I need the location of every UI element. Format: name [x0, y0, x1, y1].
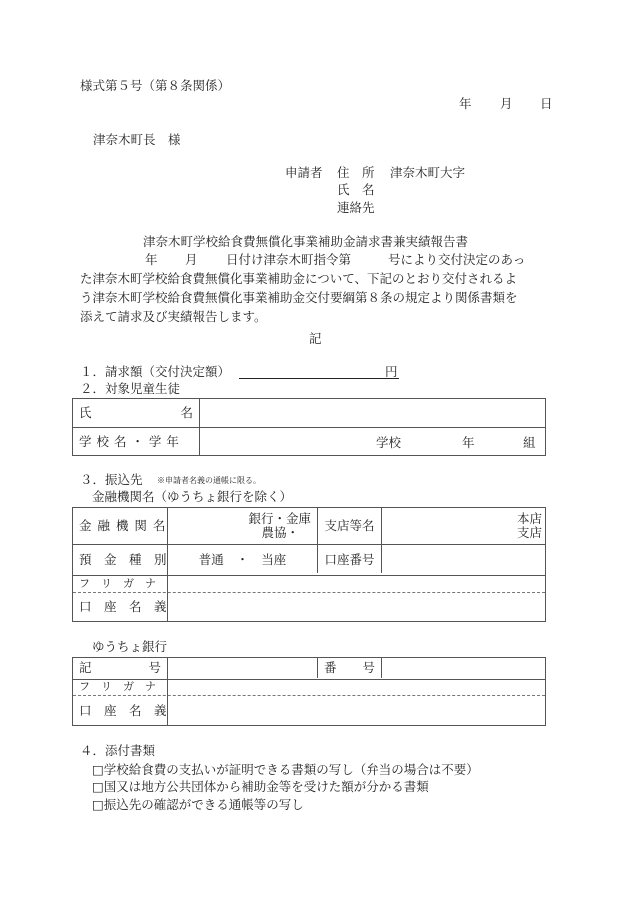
school-grade-label: 学 校 名 ・ 学 年 [79, 428, 199, 456]
yucho-table: 記号 番号 フ リ ガ ナ 口 座 名 義 [72, 657, 546, 726]
school-grade-field[interactable]: 学校 年 組 [200, 428, 546, 456]
date-month-label: 月 [500, 98, 513, 111]
address-value: 津奈木町大字 [390, 167, 465, 180]
attachment-checkbox-2[interactable]: □国又は地方公共団体から補助金等を受けた額が分かる書類 [92, 781, 429, 794]
deposit-type-field[interactable]: 普通 ・ 当座 [168, 545, 317, 575]
attachment-checkbox-3[interactable]: □振込先の確認ができる通帳等の写し [92, 799, 304, 812]
name-label: 氏 名 [337, 184, 375, 197]
document-title: 津奈木町学校給食費無償化事業補助金請求書兼実績報告書 [143, 236, 468, 249]
body-line4: 添えて請求及び実績報告します。 [80, 311, 267, 324]
deposit-type-label: 預 金 種 別 [79, 545, 167, 575]
yucho-account-name-label: 口 座 名 義 [79, 696, 167, 726]
student-name-field[interactable] [200, 399, 546, 427]
symbol-field[interactable] [168, 658, 317, 679]
account-name-field[interactable] [168, 593, 546, 622]
student-table: 氏名 学 校 名 ・ 学 年 学校 年 組 [72, 398, 546, 456]
section2-label: ２．対象児童生徒 [80, 383, 180, 396]
date-day-label: 日 [540, 98, 553, 111]
number-label: 番号 [318, 658, 381, 679]
body-line1-end: 号により交付決定のあっ [388, 254, 525, 267]
furigana-label: フ リ ガ ナ [79, 576, 167, 592]
account-name-label: 口 座 名 義 [79, 593, 167, 622]
year-suffix: 年 [462, 437, 475, 450]
student-name-label: 氏名 [73, 399, 199, 427]
ki-label: 記 [309, 333, 322, 346]
bank-heading: 金融機関名（ゆうちょ銀行を除く） [92, 491, 292, 504]
branch-field[interactable]: 本店 支店 [382, 508, 546, 544]
institution-label: 金 融 機 関 名 [79, 508, 167, 544]
applicant-label: 申請者 [285, 167, 323, 180]
account-number-label: 口座番号 [318, 545, 381, 575]
claim-amount-label: １．請求額（交付決定額） [80, 366, 230, 379]
institution-field[interactable]: 銀行・金庫 農協・ [168, 508, 317, 544]
contact-label: 連絡先 [337, 202, 375, 215]
school-suffix: 学校 [376, 437, 401, 450]
yucho-heading: ゆうちょ銀行 [92, 641, 167, 654]
date-year-label: 年 [459, 98, 472, 111]
body-year: 年 [145, 254, 158, 267]
body-month: 月 [185, 254, 198, 267]
furigana-field[interactable] [168, 576, 546, 592]
yucho-furigana-label: フ リ ガ ナ [79, 680, 167, 695]
attachment-checkbox-1[interactable]: □学校給食費の支払いが証明できる書類の写し（弁当の場合は不要） [92, 764, 479, 777]
yen-unit: 円 [385, 366, 398, 379]
bank-table: 金 融 機 関 名 銀行・金庫 農協・ 支店等名 本店 支店 預 金 種 別 普… [72, 507, 546, 622]
body-line3: う津奈木町学校給食費無償化事業補助金交付要綱第８条の規定より関係書類を [80, 292, 518, 305]
yucho-furigana-field[interactable] [168, 680, 546, 695]
section4-label: ４．添付書類 [80, 745, 155, 758]
account-holder-note: ※申請者名義の通帳に限る。 [157, 477, 261, 485]
claim-amount-field[interactable] [239, 364, 399, 379]
addressee: 津奈木町長 様 [93, 134, 181, 147]
form-number: 様式第５号（第８条関係） [80, 80, 230, 93]
account-number-field[interactable] [382, 545, 546, 575]
branch-type-options: 本店 支店 [517, 512, 542, 541]
symbol-label: 記号 [73, 658, 167, 679]
number-field[interactable] [382, 658, 546, 679]
body-line2: た津奈木町学校給食費無償化事業補助金について、下記のとおり交付されるよ [80, 273, 517, 286]
institution-type-options: 銀行・金庫 農協・ [248, 512, 311, 541]
body-line1: 日付け津奈木町指令第 [226, 254, 351, 267]
address-label: 住 所 [337, 167, 375, 180]
section3-label: ３．振込先 [80, 474, 143, 487]
branch-label: 支店等名 [318, 508, 381, 544]
yucho-account-name-field[interactable] [168, 696, 546, 726]
class-suffix: 組 [523, 437, 536, 450]
